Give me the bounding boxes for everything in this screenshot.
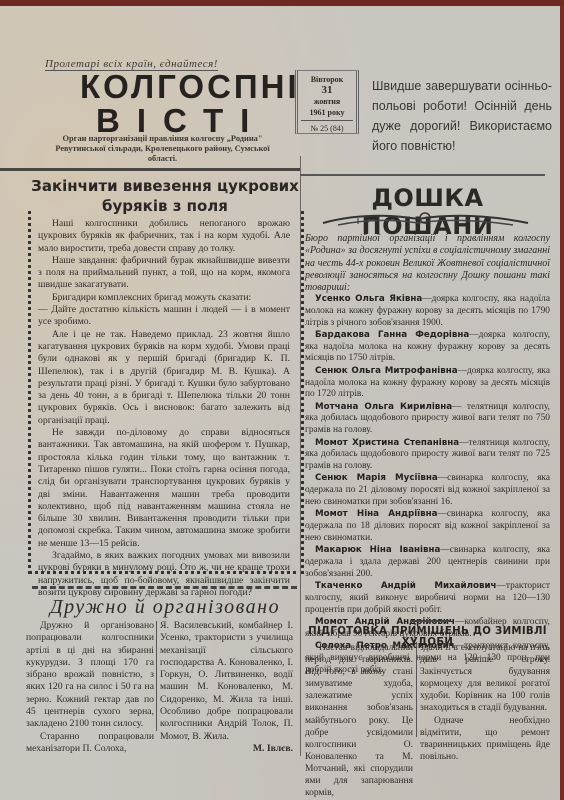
paragraph: Дружно й організовано попрацювали колгос… bbox=[26, 620, 154, 731]
masthead-organ-line: Орган парторганізації правління колгоспу… bbox=[40, 134, 285, 164]
honor-board-entry: Сенюк Ольга Митрофанівна—доярка колгоспу… bbox=[305, 366, 550, 401]
honoree-name: Бардакова Ганна Федорівна bbox=[315, 330, 469, 340]
issue-month: жовтня bbox=[298, 96, 356, 107]
paragraph: Але і це не так. Наведемо приклад. 23 жо… bbox=[38, 329, 290, 427]
paragraph: Настав відповідальний період для тваринн… bbox=[305, 642, 413, 799]
honoree-name: Усенко Ольга Яківна bbox=[315, 294, 422, 304]
issue-day: 31 bbox=[298, 85, 356, 96]
newspaper-page: Пролетарі всіх країн, єднайтеся! КОЛГОСП… bbox=[0, 6, 564, 800]
paragraph: Одначе необхідно відмітити, що ремонт тв… bbox=[420, 715, 550, 763]
paragraph: Наше завдання: фабричний бурак якнайшвид… bbox=[38, 255, 290, 292]
honoree-name: Ткаченко Андрій Михайлович bbox=[315, 581, 497, 591]
issue-year: 1961 року bbox=[298, 107, 356, 118]
masthead-title-line1: КОЛГОСПНІ bbox=[80, 68, 300, 106]
honor-board-entry: Мотчана Ольга Кирилівна— телятниця колго… bbox=[305, 402, 550, 437]
honor-board-entry: Сенюк Марія Мусіївна—свинарка колгоспу, … bbox=[305, 473, 550, 508]
article-livestock-column-2: здали її в експлуатацію на п'ять днів ра… bbox=[420, 642, 550, 763]
issue-date-box: Вівторок 31 жовтня 1961 року № 25 (84) bbox=[295, 70, 359, 134]
honor-board-entry: Момот Христина Степанівна—телятниця колг… bbox=[305, 438, 550, 473]
article-corn-column-2: Я. Василевський, комбайнер І. Усенко, тр… bbox=[160, 620, 293, 755]
column-divider bbox=[416, 642, 417, 737]
paragraph: Бригадири комплексних бригад можуть сказ… bbox=[38, 292, 290, 304]
honor-board-entry: Бардакова Ганна Федорівна—доярка колгосп… bbox=[305, 330, 550, 365]
honoree-name: Макарюк Ніна Іванівна bbox=[315, 545, 440, 555]
article-sugar-beets-body: Наші колгоспники добились непоганого вро… bbox=[38, 218, 290, 599]
paragraph: здали її в експлуатацію на п'ять днів ра… bbox=[420, 642, 550, 715]
honor-board-entry: Момот Ніна Андріївна—свинарка колгоспу, … bbox=[305, 509, 550, 544]
honoree-name: Мотчана Ольга Кирилівна bbox=[315, 402, 452, 412]
slogan: Швидше завершувати осінньо-польові робот… bbox=[372, 76, 552, 156]
article-corn-column-1: Дружно й організовано попрацювали колгос… bbox=[26, 620, 154, 755]
article-corn-headline: Дружно й організовано bbox=[30, 596, 300, 619]
honoree-name: Момот Ніна Андріївна bbox=[315, 509, 438, 519]
paragraph: Не завжди по-діловому до справи відносят… bbox=[38, 427, 290, 550]
paragraph: Я. Василевський, комбайнер І. Усенко, тр… bbox=[160, 620, 293, 743]
small-divider bbox=[410, 620, 450, 625]
wheat-sickle-ornament-icon bbox=[318, 209, 533, 229]
honor-board-entry: Ткаченко Андрій Михайлович—тракторист ко… bbox=[305, 581, 550, 616]
paragraph: Наші колгоспники добились непоганого вро… bbox=[38, 218, 290, 255]
honor-board-entry: Макарюк Ніна Іванівна—свинарка колгоспу,… bbox=[305, 545, 550, 580]
issue-number: № 25 (84) bbox=[298, 123, 356, 134]
honoree-name: Сенюк Марія Мусіївна bbox=[315, 473, 438, 483]
issue-divider bbox=[301, 120, 353, 121]
honor-board-top-rule bbox=[300, 174, 545, 178]
article-corn-author: М. Івлєв. bbox=[160, 743, 293, 755]
article-livestock-column-1: Настав відповідальний період для тваринн… bbox=[305, 642, 413, 799]
column-divider bbox=[156, 621, 157, 731]
honoree-name: Сенюк Ольга Митрофанівна bbox=[315, 366, 458, 376]
article-sugar-beets-headline: Закінчити вивезення цукрових буряків з п… bbox=[30, 176, 300, 216]
paragraph: — Дайте достатню кількість машин і людей… bbox=[38, 304, 290, 329]
honor-board-intro: Бюро партійної організації і правлінням … bbox=[305, 233, 550, 294]
ornamental-divider bbox=[32, 586, 297, 593]
page-column-divider bbox=[300, 156, 301, 756]
honor-board-entry: Усенко Ольга Яківна—доярка колгоспу, яка… bbox=[305, 294, 550, 329]
paragraph: Старанно попрацювали механізатори П. Сол… bbox=[26, 731, 154, 756]
honoree-name: Момот Христина Степанівна bbox=[315, 438, 459, 448]
masthead-divider bbox=[0, 168, 300, 171]
